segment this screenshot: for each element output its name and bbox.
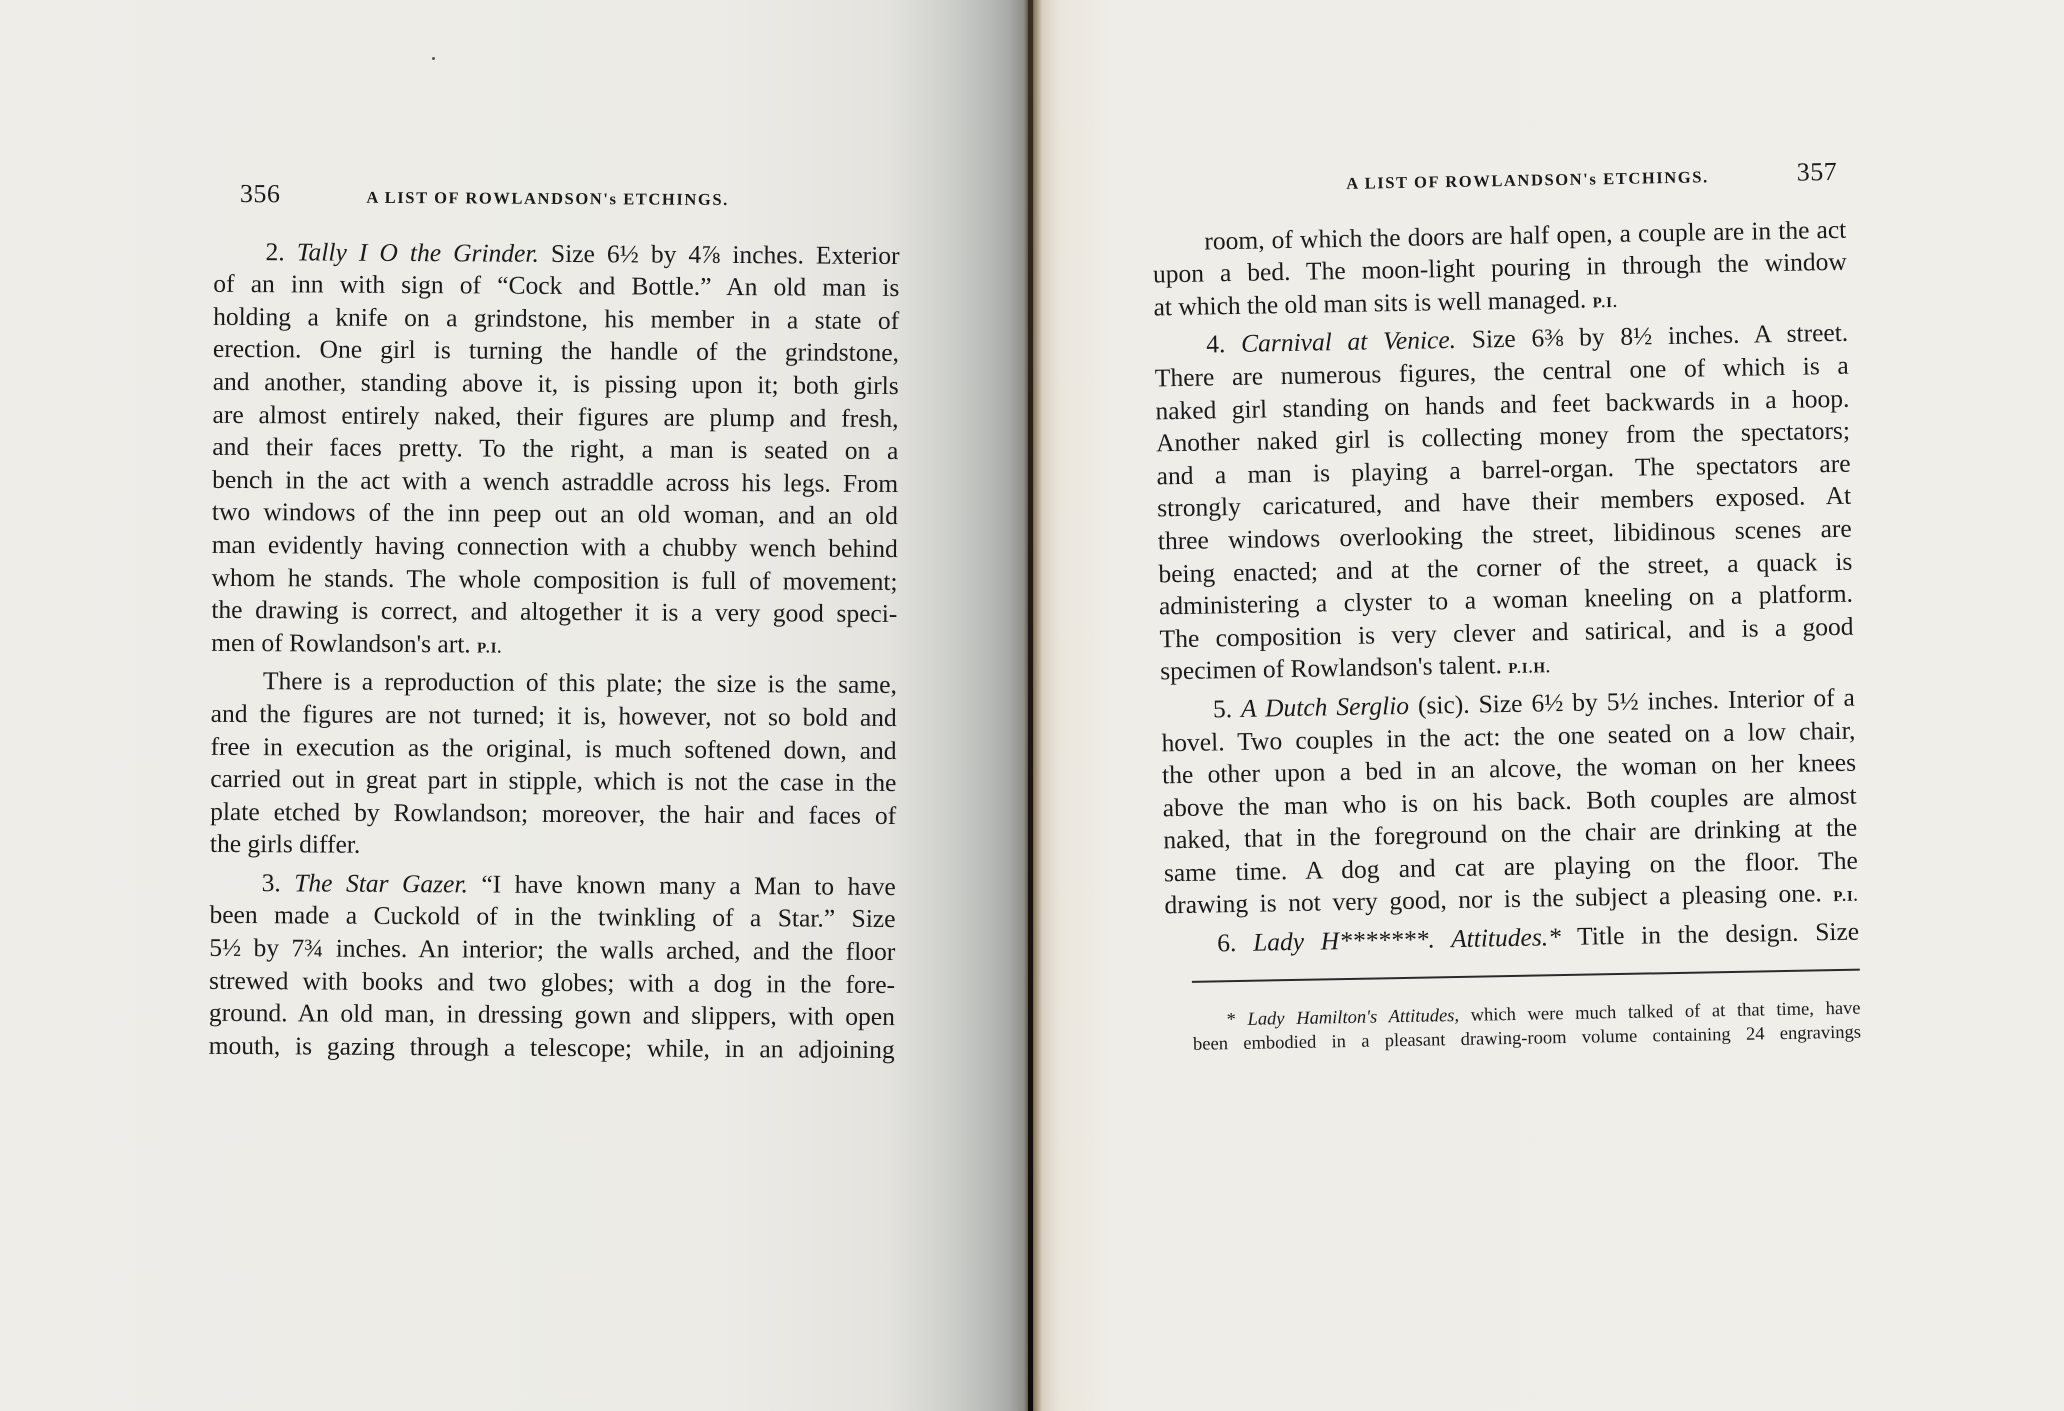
text-line: the drawing is correct, and altogether i… <box>237 594 897 631</box>
left-text-block: 356 A LIST OF ROWLANDSON's ETCHINGS. 2. … <box>235 178 900 1066</box>
text-line: the girls differ. <box>236 828 896 865</box>
text-line: bench in the act with a wench astraddle … <box>238 464 898 501</box>
plate-mark: P.I.H. <box>1508 661 1551 678</box>
footnote-rule <box>1192 968 1860 982</box>
text-line: been made a Cuckold of in the twinkling … <box>235 899 895 936</box>
text-line: mouth, is gazing through a telescope; wh… <box>235 1030 895 1067</box>
paragraph: room, of which the doors are half open, … <box>1178 213 1848 323</box>
paragraph: 6. Lady H*******. Attitudes.* Title in t… <box>1191 916 1859 961</box>
text-line: and another, standing above it, is pissi… <box>239 366 899 403</box>
italic-title: Tally I O the Grinder. <box>297 237 539 267</box>
italic-title: Lady H*******. Attitudes.* <box>1253 922 1561 957</box>
text-line: 6. Lady H*******. Attitudes.* Title in t… <box>1191 916 1859 961</box>
text-line: strewed with books and two globes; with … <box>235 965 895 1002</box>
text-line: free in execution as the original, is mu… <box>236 730 896 767</box>
plate-mark: P.I. <box>1833 889 1858 905</box>
plate-mark: P.I. <box>1592 295 1617 311</box>
text-line: man evidently having connection with a c… <box>238 529 898 566</box>
text-line: and the figures are not turned; it is, h… <box>237 698 897 735</box>
text-line: holding a knife on a grindstone, his mem… <box>239 301 899 338</box>
text-line: two windows of the inn peep out an old w… <box>238 496 898 533</box>
text-line: of an inn with sign of “Cock and Bottle.… <box>239 268 899 305</box>
text-line: 2. Tally I O the Grinder. Size 6½ by 4⅞ … <box>239 236 899 273</box>
left-body: 2. Tally I O the Grinder. Size 6½ by 4⅞ … <box>235 236 900 1067</box>
text-line: 5½ by 7¾ inches. An interior; the walls … <box>235 932 895 969</box>
paragraph: 3. The Star Gazer. “I have known many a … <box>235 867 896 1067</box>
text-line: erection. One girl is turning the handle… <box>239 333 899 370</box>
paragraph: There is a reproduction of this plate; t… <box>236 665 897 865</box>
italic-title: A Dutch Serglio <box>1241 691 1410 723</box>
page-number: 356 <box>240 178 281 211</box>
paper-speck <box>432 57 435 60</box>
text-line: whom he stands. The whole composition is… <box>237 562 897 599</box>
text-line: 3. The Star Gazer. “I have known many a … <box>236 867 896 904</box>
plate-mark: P.I. <box>477 640 502 656</box>
book-gutter <box>1028 0 1033 1411</box>
paragraph: 4. Carnival at Venice. Size 6⅜ by 8½ inc… <box>1180 317 1854 688</box>
paragraph: 5. A Dutch Serglio (sic). Size 6½ by 5½ … <box>1187 682 1859 922</box>
right-text-block: A LIST OF ROWLANDSON's ETCHINGS. 357 roo… <box>1177 156 1861 1057</box>
text-line: plate etched by Rowlandson; moreover, th… <box>236 796 896 833</box>
left-page: 356 A LIST OF ROWLANDSON's ETCHINGS. 2. … <box>0 0 1030 1411</box>
running-head-right: A LIST OF ROWLANDSON's ETCHINGS. 357 <box>1177 156 1846 204</box>
right-page: A LIST OF ROWLANDSON's ETCHINGS. 357 roo… <box>1030 0 2064 1411</box>
running-title: A LIST OF ROWLANDSON's ETCHINGS. <box>1346 161 1709 200</box>
text-line: There is a reproduction of this plate; t… <box>237 665 897 702</box>
page-number: 357 <box>1796 156 1837 189</box>
italic-title: Lady Hamilton's Attitudes, <box>1247 1006 1459 1030</box>
text-line: carried out in great part in stipple, wh… <box>236 763 896 800</box>
running-title: A LIST OF ROWLANDSON's ETCHINGS. <box>366 182 729 217</box>
italic-title: Carnival at Venice. <box>1241 325 1456 358</box>
paragraph: 2. Tally I O the Grinder. Size 6½ by 4⅞ … <box>237 236 900 664</box>
text-line: men of Rowlandson's art. P.I. <box>237 627 897 664</box>
footnote: * Lady Hamilton's Attitudes, which were … <box>1192 996 1861 1056</box>
italic-title: The Star Gazer. <box>294 868 468 898</box>
right-body: room, of which the doors are half open, … <box>1178 213 1859 960</box>
text-line: and their faces pretty. To the right, a … <box>238 431 898 468</box>
text-line: are almost entirely naked, their figures… <box>238 399 898 436</box>
text-line: ground. An old man, in dressing gown and… <box>235 997 895 1034</box>
running-head-left: 356 A LIST OF ROWLANDSON's ETCHINGS. <box>240 178 900 218</box>
